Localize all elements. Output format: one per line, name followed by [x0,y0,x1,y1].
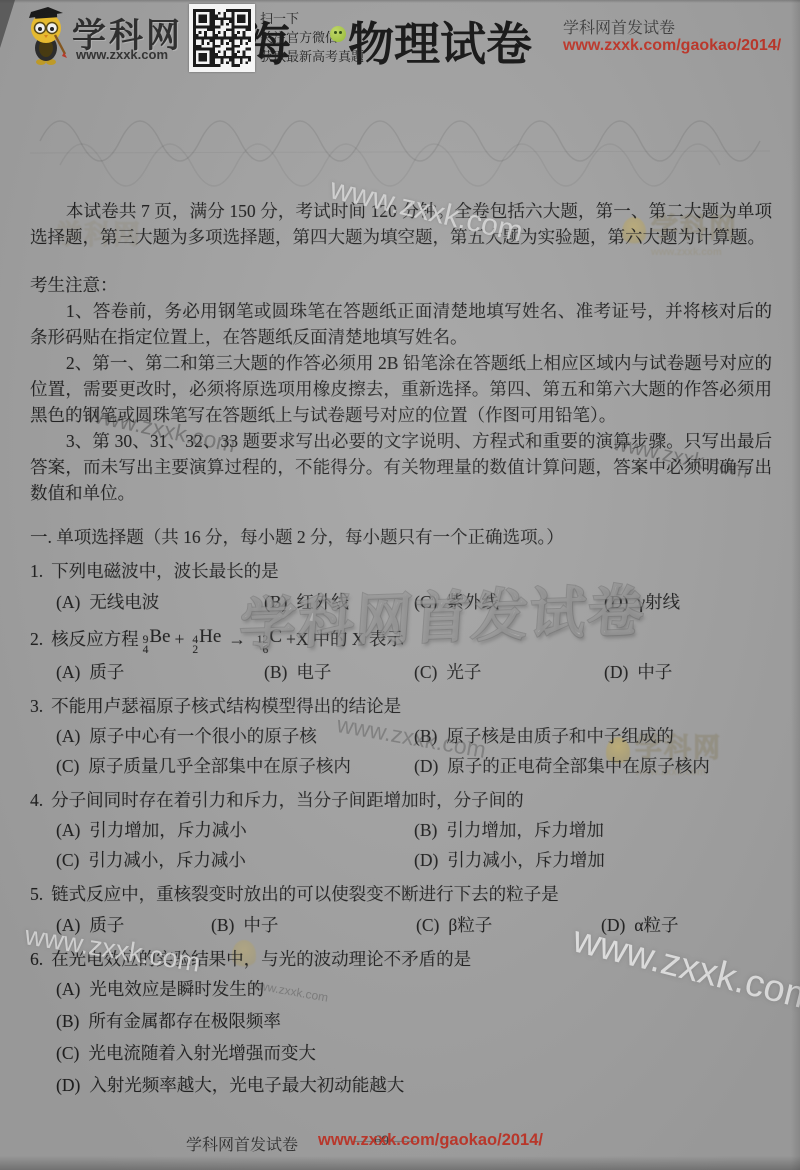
question-3: 3.不能用卢瑟福原子核式结构模型得出的结论是 (A)原子中心有一个很小的原子核 … [30,693,772,779]
qr-code-pattern [193,9,251,67]
option-text: 引力减小，斥力减小 [88,850,246,870]
notice-item-1: 1、答卷前，务必用钢笔或圆珠笔在答题纸正面清楚地填写姓名、准考证号，并将核对后的… [30,298,772,350]
option-text: 引力增加，斥力减小 [89,820,247,840]
atomic-number: 4 [143,645,149,655]
question-1-text: 1.下列电磁波中，波长最长的是 [30,558,772,584]
question-4-options-row-2: (C)引力减小，斥力减小 (D)引力减小，斥力增加 [30,847,772,873]
option-item: (D)入射光频率越大，光电子最大初动能越大 [56,1071,772,1100]
qr-caption-line-1: 扫一下 [260,9,364,28]
notice-heading: 考生注意： [30,272,772,298]
question-3-options-row-2: (C)原子质量几乎全部集中在原子核内 (D)原子的正电荷全部集中在原子核内 [30,753,772,779]
option-item: (A)引力增加，斥力减小 [56,817,414,843]
option-text: 引力减小，斥力增加 [447,850,605,870]
option-text: 光子 [446,662,481,682]
question-3-text: 3.不能用卢瑟福原子核式结构模型得出的结论是 [30,693,772,719]
question-5: 5.链式反应中，重核裂变时放出的可以使裂变不断进行下去的粒子是 (A)质子 (B… [30,881,772,938]
option-item: (B)原子核是由质子和中子组成的 [414,723,772,749]
question-5-options: (A)质子 (B)中子 (C)β粒子 (D)α粒子 [30,912,772,938]
option-label: (D) [604,662,628,682]
qr-caption-line-3: 获取最新高考真题 [260,47,364,66]
option-text: β粒子 [448,915,492,935]
option-label: (B) [264,592,287,612]
scanned-exam-page: 上海物理试卷 学科网 www.zxxk.com [0,0,800,1170]
option-label: (A) [56,592,80,612]
nuclide-he: 42He [188,623,221,654]
notice-item-3: 3、第 30、31、32、33 题要求写出必要的文字说明、方程式和重要的演算步骤… [30,428,772,506]
option-text: 原子核是由质子和中子组成的 [446,726,674,746]
option-label: (D) [414,850,438,870]
question-1-options: (A)无线电波 (B)红外线 (C)紫外线 (D)γ射线 [30,589,772,615]
option-label: (A) [56,662,80,682]
option-label: (C) [56,756,79,776]
option-label: (A) [56,726,80,746]
option-label: (C) [414,592,437,612]
option-item: (C)紫外线 [414,589,604,615]
question-number: 4. [30,790,43,810]
option-item: (C)β粒子 [416,912,601,938]
zxxk-logo-site-url: www.zxxk.com [76,47,168,62]
question-1: 1.下列电磁波中，波长最长的是 (A)无线电波 (B)红外线 (C)紫外线 (D… [30,558,772,615]
option-text: 所有金属都存在极限频率 [88,1011,281,1031]
qr-caption: 扫一下 关注官方微信 获取最新高考真题 [260,9,364,66]
bleedthrough-waveform [0,95,800,195]
option-text: 红外线 [296,592,349,612]
option-label: (C) [56,850,79,870]
plus-x-term: +X [286,626,309,652]
option-label: (A) [56,915,80,935]
question-2-options: (A)质子 (B)电子 (C)光子 (D)中子 [30,659,772,685]
first-release-label: 学科网首发试卷 [563,15,675,38]
option-item: (B)中子 [211,912,416,938]
question-number: 2. [30,626,43,652]
option-text: 中子 [243,915,278,935]
question-text: 在光电效应的实验结果中，与光的波动理论不矛盾的是 [51,949,471,969]
question-text: 核反应方程 [51,626,139,652]
option-item: (D)α粒子 [601,912,772,938]
option-text: 入射光频率越大，光电子最大初动能越大 [89,1075,404,1095]
intro-paragraph: 本试卷共 7 页，满分 150 分，考试时间 120 分钟。全卷包括六大题，第一… [30,198,772,250]
option-text: 质子 [89,662,124,682]
question-4-options-row-1: (A)引力增加，斥力减小 (B)引力增加，斥力增加 [30,817,772,843]
gaokao-url: www.zxxk.com/gaokao/2014/ [563,37,781,55]
option-label: (A) [56,820,80,840]
option-item: (B)所有金属都存在极限频率 [56,1007,772,1036]
option-text: 原子中心有一个很小的原子核 [89,726,317,746]
option-label: (C) [414,662,437,682]
option-item: (C)引力减小，斥力减小 [56,847,414,873]
question-3-options-row-1: (A)原子中心有一个很小的原子核 (B)原子核是由质子和中子组成的 [30,723,772,749]
question-number: 5. [30,884,43,904]
option-label: (D) [601,915,625,935]
question-2-text: 2. 核反应方程 94Be + 42He → 126C +X 中的 X 表示 [30,623,772,654]
question-number: 1. [30,561,43,581]
qr-code [189,4,255,72]
atomic-number: 2 [192,645,198,655]
scan-top-edge [0,0,800,3]
exam-body: 本试卷共 7 页，满分 150 分，考试时间 120 分钟。全卷包括六大题，第一… [30,198,772,1100]
option-text: 光电流随着入射光增强而变大 [88,1043,316,1063]
zxxk-mascot-icon [24,4,68,73]
question-text: 分子间同时存在着引力和斥力，当分子间距增加时，分子间的 [51,790,524,810]
option-item: (D)中子 [604,659,772,685]
question-text: 下列电磁波中，波长最长的是 [51,561,279,581]
option-label: (B) [414,820,437,840]
option-text: 原子质量几乎全部集中在原子核内 [88,756,351,776]
element-symbol: C [269,626,282,647]
option-text: 质子 [89,915,124,935]
option-label: (B) [264,662,287,682]
question-2: 2. 核反应方程 94Be + 42He → 126C +X 中的 X 表示 (… [30,623,772,685]
option-label: (D) [414,756,438,776]
question-4: 4.分子间同时存在着引力和斥力，当分子间距增加时，分子间的 (A)引力增加，斥力… [30,787,772,873]
option-label: (B) [56,1011,79,1031]
option-text: 电子 [296,662,331,682]
option-text: 紫外线 [446,592,499,612]
option-item: (A)光电效应是瞬时发生的 [56,975,772,1004]
question-number: 6. [30,949,43,969]
option-text: 光电效应是瞬时发生的 [89,979,264,999]
nuclide-c: 126C [253,623,282,654]
option-label: (B) [414,726,437,746]
option-text: α粒子 [634,915,678,935]
reaction-arrow: → [228,626,246,652]
footer-first-release-label: 学科网首发试卷 [186,1132,298,1155]
option-item: (A)质子 [56,912,211,938]
question-6-options: (A)光电效应是瞬时发生的 (B)所有金属都存在极限频率 (C)光电流随着入射光… [30,975,772,1100]
option-text: 中子 [637,662,672,682]
option-label: (C) [416,915,439,935]
exam-title-subject: 物理试卷 [348,18,532,70]
option-item: (A)原子中心有一个很小的原子核 [56,723,414,749]
nuclide-be: 94Be [139,623,171,654]
option-item: (D)γ射线 [604,589,772,615]
option-item: (B)红外线 [264,589,414,615]
option-item: (D)原子的正电荷全部集中在原子核内 [414,753,772,779]
footer-gaokao-url: www.zxxk.com/gaokao/2014/ [318,1131,543,1150]
question-text: 链式反应中，重核裂变时放出的可以使裂变不断进行下去的粒子是 [51,884,559,904]
option-text: 原子的正电荷全部集中在原子核内 [447,756,710,776]
option-item: (B)电子 [264,659,414,685]
qr-caption-line-2: 关注官方微信 [260,28,364,47]
option-label: (B) [211,915,234,935]
option-item: (A)质子 [56,659,264,685]
page-header: 上海物理试卷 学科网 www.zxxk.com [0,0,800,95]
element-symbol: He [199,626,221,647]
scan-right-edge [791,0,800,1170]
option-item: (A)无线电波 [56,589,264,615]
element-symbol: Be [149,626,170,647]
option-item: (C)光子 [414,659,604,685]
option-label: (D) [56,1075,80,1095]
option-item: (C)原子质量几乎全部集中在原子核内 [56,753,414,779]
question-6-text: 6.在光电效应的实验结果中，与光的波动理论不矛盾的是 [30,946,772,972]
atomic-number: 6 [263,645,269,655]
option-item: (C)光电流随着入射光增强而变大 [56,1039,772,1068]
plus-operator: + [174,626,184,652]
option-text: γ射线 [637,592,680,612]
question-5-text: 5.链式反应中，重核裂变时放出的可以使裂变不断进行下去的粒子是 [30,881,772,907]
smiley-face-icon [330,26,346,42]
option-label: (C) [56,1043,79,1063]
section-title: 一. 单项选择题（共 16 分，每小题 2 分，每小题只有一个正确选项。） [30,524,772,550]
question-text: 不能用卢瑟福原子核式结构模型得出的结论是 [51,696,401,716]
notice-item-2: 2、第一、第二和第三大题的作答必须用 2B 铅笔涂在答题纸上相应区域内与试卷题号… [30,350,772,428]
option-item: (B)引力增加，斥力增加 [414,817,772,843]
question-4-text: 4.分子间同时存在着引力和斥力，当分子间距增加时，分子间的 [30,787,772,813]
option-text: 引力增加，斥力增加 [446,820,604,840]
question-number: 3. [30,696,43,716]
question-6: 6.在光电效应的实验结果中，与光的波动理论不矛盾的是 (A)光电效应是瞬时发生的… [30,946,772,1100]
scan-bottom-edge [0,1156,800,1170]
option-item: (D)引力减小，斥力增加 [414,847,772,873]
option-text: 无线电波 [89,592,159,612]
question-text-after: 中的 X 表示 [312,626,403,652]
option-label: (D) [604,592,628,612]
option-label: (A) [56,979,80,999]
